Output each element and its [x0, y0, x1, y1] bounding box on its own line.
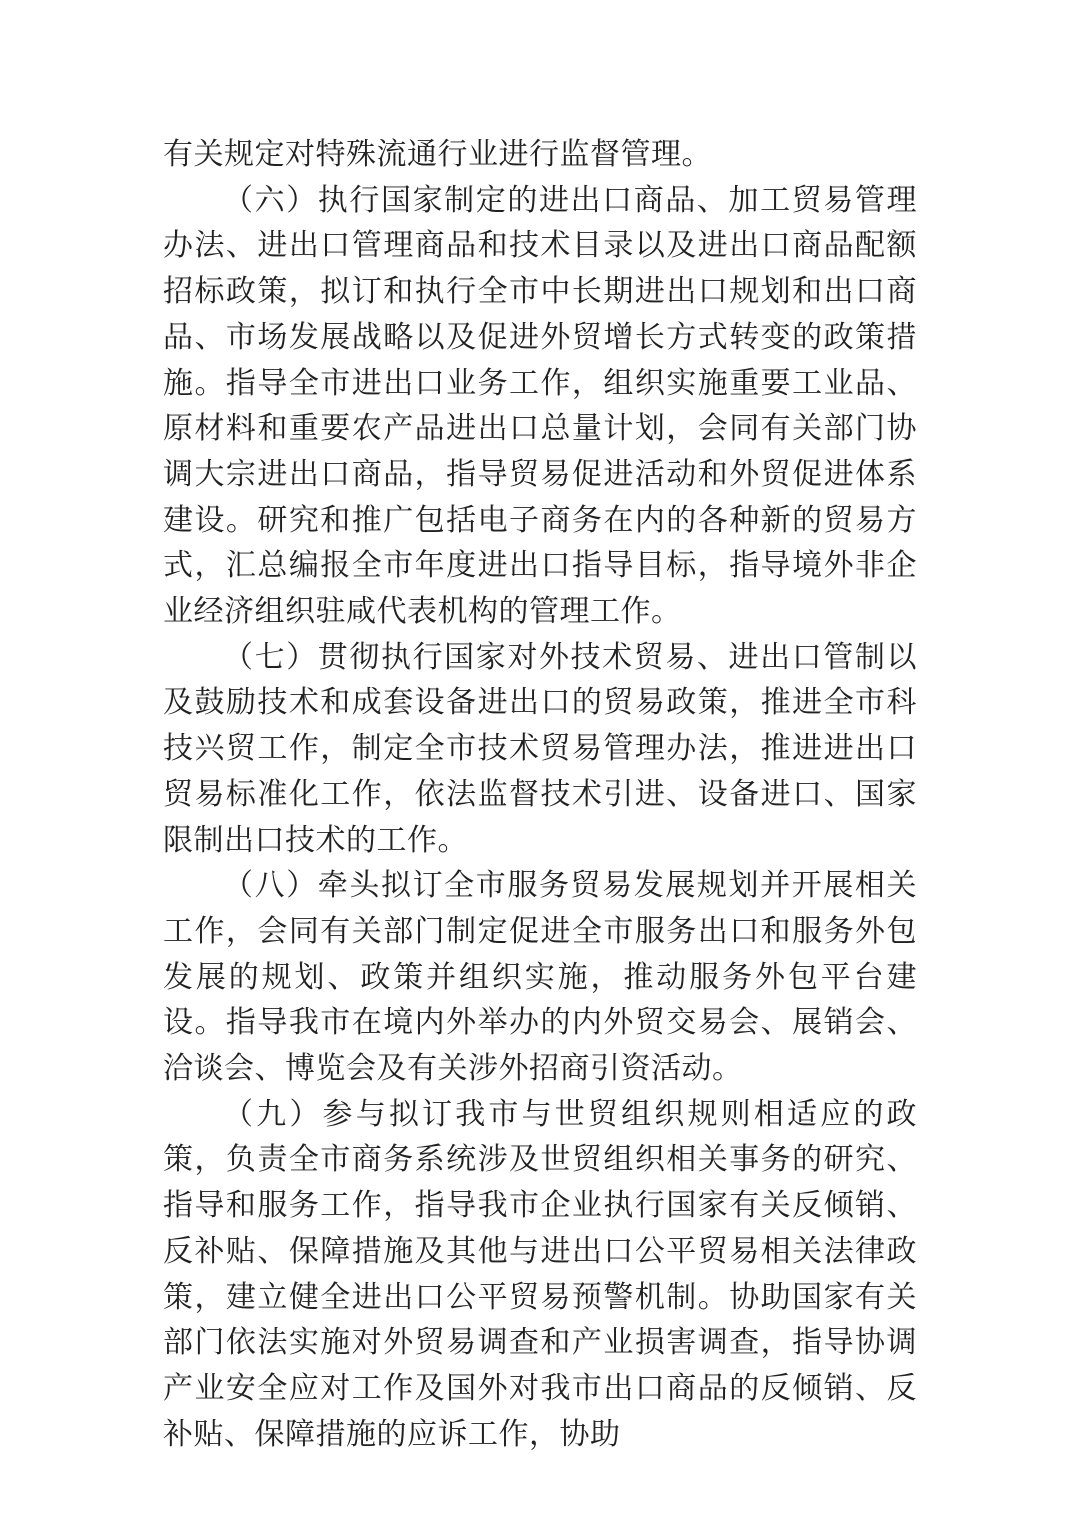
paragraph: （六）执行国家制定的进出口商品、加工贸易管理办法、进出口管理商品和技术目录以及进…	[163, 178, 917, 635]
paragraph: 有关规定对特殊流通行业进行监督管理。	[163, 132, 917, 178]
paragraph: （九）参与拟订我市与世贸组织规则相适应的政策，负责全市商务系统涉及世贸组织相关事…	[163, 1092, 917, 1458]
paragraph: （七）贯彻执行国家对外技术贸易、进出口管制以及鼓励技术和成套设备进出口的贸易政策…	[163, 635, 917, 864]
document-text-body: 有关规定对特殊流通行业进行监督管理。（六）执行国家制定的进出口商品、加工贸易管理…	[163, 132, 917, 1457]
document-page: 有关规定对特殊流通行业进行监督管理。（六）执行国家制定的进出口商品、加工贸易管理…	[0, 0, 1074, 1520]
paragraph: （八）牵头拟订全市服务贸易发展规划并开展相关工作，会同有关部门制定促进全市服务出…	[163, 863, 917, 1092]
